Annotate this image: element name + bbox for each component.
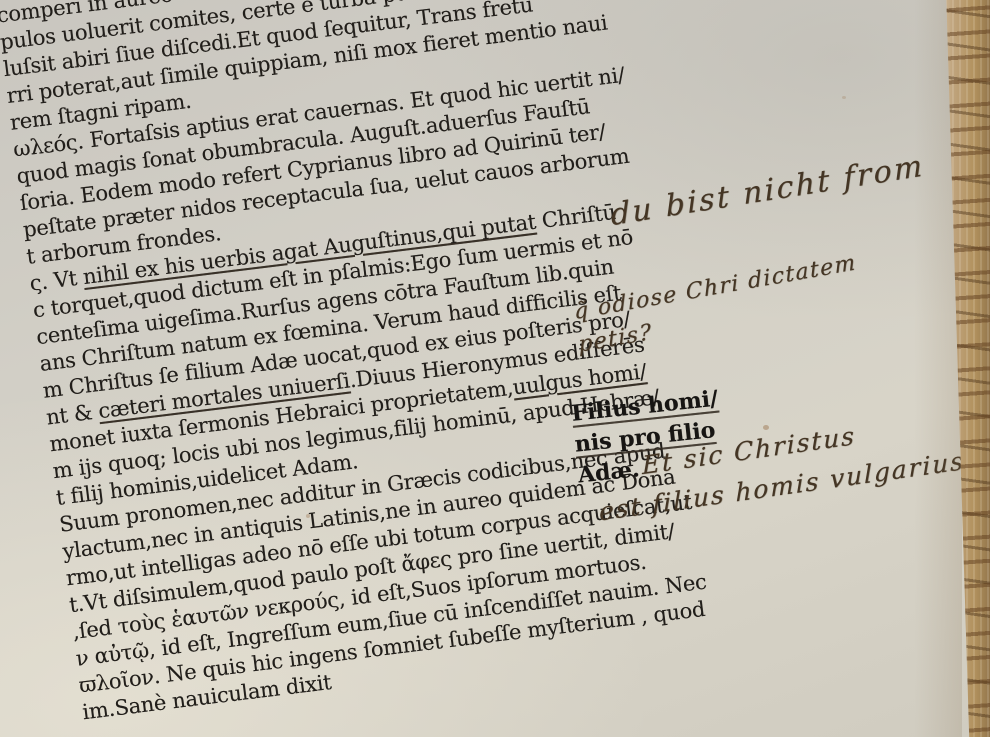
printed-text-column: Diſcipulocomperi in aureo codice. pulos … <box>0 0 719 726</box>
paper-fleck <box>842 96 846 99</box>
paper-fleck <box>763 425 769 430</box>
paper-fleck <box>306 514 310 518</box>
book-page-photo: Diſcipulocomperi in aureo codice. pulos … <box>0 0 990 737</box>
